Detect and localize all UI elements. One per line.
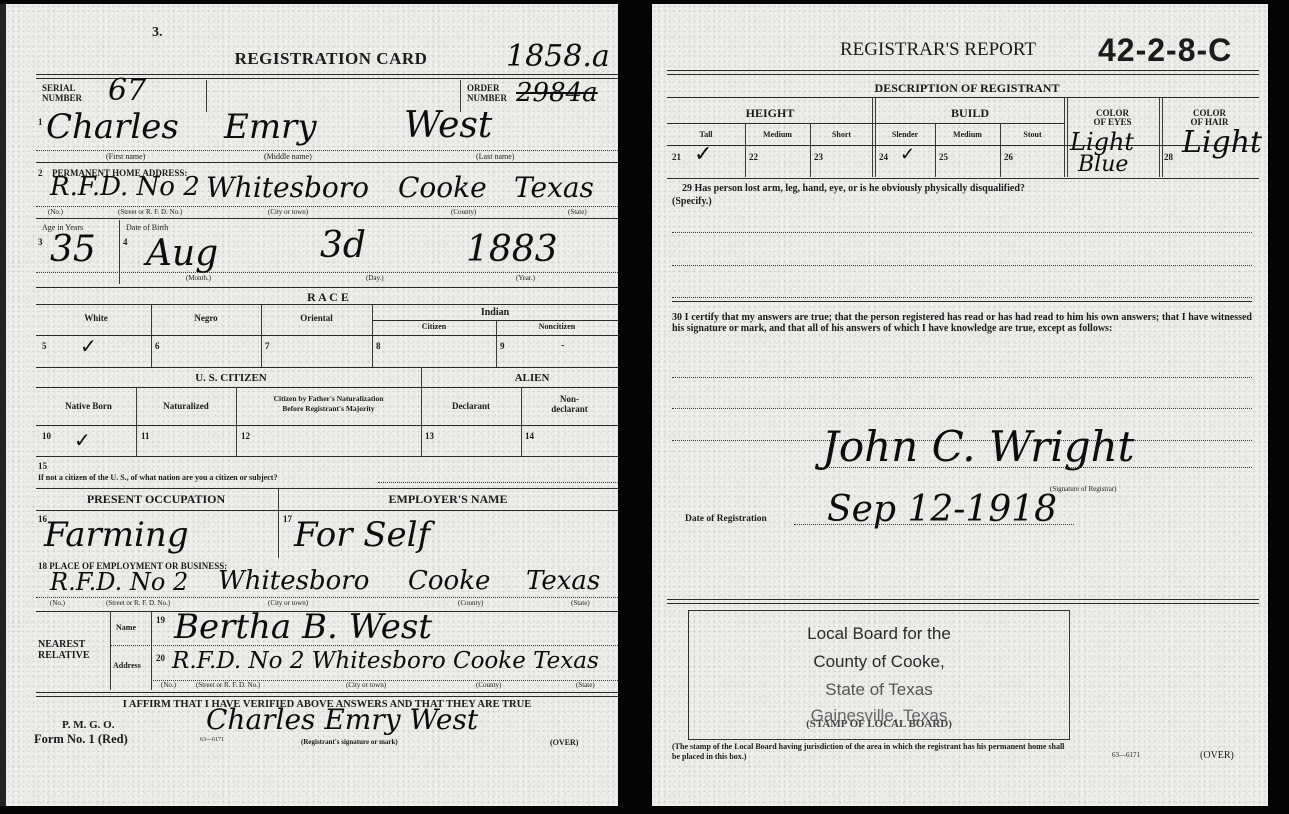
registration-date-label: Date of Registration (685, 515, 767, 525)
street-label: (Street or R. F. D. No.) (118, 209, 182, 216)
check-mark-native-born: ✓ (74, 430, 91, 450)
relative-address-label: Address (113, 662, 141, 670)
divider (206, 80, 207, 112)
divider (36, 488, 618, 489)
divider (421, 367, 422, 456)
field-number: 22 (749, 153, 758, 162)
field-number: 14 (525, 432, 534, 441)
divider (667, 178, 1259, 179)
divider (36, 692, 618, 697)
registrars-report-back: REGISTRAR'S REPORT 42-2-8-C DESCRIPTION … (652, 4, 1268, 806)
divider (36, 387, 618, 388)
middle-name-label: (Middle name) (264, 153, 312, 161)
local-board-stamp-box: Local Board for the County of Cooke, Sta… (688, 610, 1070, 740)
month-label: (Month.) (186, 275, 211, 282)
order-label: ORDER (467, 84, 500, 93)
divider (378, 482, 618, 483)
registrar-signature-label: (Signature of Registrar) (1050, 486, 1116, 493)
divider (667, 145, 1259, 146)
divider (36, 162, 618, 163)
check-mark-slender: ✓ (900, 146, 915, 164)
nondeclarant-label: Non- (521, 395, 618, 404)
employment-address-state: Texas (526, 568, 600, 594)
no-label: (No.) (161, 682, 176, 689)
city-label: (City or town) (346, 682, 386, 689)
no-label: (No.) (50, 600, 65, 607)
relative-address: R.F.D. No 2 Whitesboro Cooke Texas (172, 650, 599, 673)
field-number: 21 (672, 153, 681, 162)
report-number: 42-2-8-C (1098, 34, 1232, 66)
nondeclarant-label: declarant (521, 405, 618, 414)
declarant-label: Declarant (421, 402, 521, 411)
pmgo-label: P. M. G. O. (62, 720, 114, 731)
age-value: 35 (50, 232, 96, 268)
dob-month: Aug (146, 236, 218, 272)
eye-color-value: Blue (1078, 154, 1128, 176)
card-title: REGISTRATION CARD (196, 50, 466, 67)
divider (521, 387, 522, 456)
employment-address-county: Cooke (408, 568, 490, 594)
divider (672, 301, 1252, 302)
field-number: 28 (1164, 153, 1173, 162)
county-label: (County) (458, 600, 483, 607)
stamp-line: County of Cooke, (689, 653, 1069, 670)
registration-date-value: Sep 12-1918 (827, 492, 1057, 528)
employment-address-city: Whitesboro (218, 568, 369, 594)
fathers-naturalization-label: Citizen by Father's Naturalization (236, 395, 421, 403)
height-tall: Tall (667, 131, 745, 139)
fathers-naturalization-label: Before Registrant's Majority (236, 405, 421, 413)
occupation-value: Farming (44, 518, 189, 552)
employer-header: EMPLOYER'S NAME (278, 493, 618, 505)
race-oriental: Oriental (261, 314, 372, 323)
build-stout: Stout (1000, 131, 1065, 139)
signature-line (820, 467, 1252, 468)
field-number: 4 (123, 238, 128, 247)
dob-label: Date of Birth (126, 224, 168, 232)
over-label: (OVER) (1200, 751, 1234, 761)
home-address-no: R.F.D. No 2 (50, 174, 200, 200)
field-number: 3 (38, 238, 43, 247)
stamp-line: Local Board for the (689, 625, 1069, 642)
relative-name: Bertha B. West (174, 610, 432, 644)
build-title: BUILD (875, 107, 1065, 119)
street-label: (Street or R. F. D. No.) (196, 682, 260, 689)
stamp-caption: (The stamp of the Local Board having jur… (672, 742, 1072, 762)
eye-color-value: Light (1070, 130, 1134, 154)
field-number: 10 (42, 432, 51, 441)
card-number: 1858.a (506, 42, 610, 72)
build-medium: Medium (935, 131, 1000, 139)
divider (36, 272, 618, 273)
over-label: (OVER) (550, 739, 578, 747)
county-label: (County) (476, 682, 501, 689)
answer-line (672, 408, 1252, 409)
divider (496, 320, 497, 367)
divider (278, 488, 279, 558)
divider (36, 425, 618, 426)
certification-text: 30 I certify that my answers are true; t… (672, 312, 1252, 334)
divider (667, 70, 1259, 75)
divider (36, 287, 618, 288)
description-title: DESCRIPTION OF REGISTRANT (822, 82, 1112, 94)
height-short: Short (810, 131, 873, 139)
race-title: R A C E (268, 291, 388, 303)
state-label: (State) (571, 600, 590, 607)
hair-color-value: Light (1182, 128, 1262, 158)
home-address-city: Whitesboro (206, 174, 369, 202)
dob-year: 1883 (466, 232, 558, 268)
noncitizen-mark: - (561, 341, 564, 351)
disability-question: 29 Has person lost arm, leg, hand, eye, … (682, 184, 1025, 194)
stamp-line: State of Texas (689, 681, 1069, 698)
serial-number: 67 (108, 76, 146, 106)
employment-address-no: R.F.D. No 2 (50, 570, 188, 594)
field-number: 17 (283, 515, 292, 524)
registration-card-front: 3. REGISTRATION CARD 1858.a SERIAL NUMBE… (0, 4, 618, 806)
answer-line (672, 377, 1252, 378)
build-slender: Slender (875, 131, 935, 139)
race-indian-citizen: Citizen (372, 323, 496, 331)
field-number: 24 (879, 153, 888, 162)
divider (36, 367, 618, 368)
divider (36, 150, 618, 151)
divider (667, 123, 1065, 124)
report-title: REGISTRAR'S REPORT (840, 40, 1036, 59)
answer-line (672, 232, 1252, 233)
height-medium: Medium (745, 131, 810, 139)
field-number: 5 (42, 342, 47, 351)
state-label: (State) (576, 682, 595, 689)
divider (1159, 97, 1163, 177)
field-number: 9 (500, 342, 505, 351)
employer-value: For Self (294, 518, 430, 552)
field-number: 6 (155, 342, 160, 351)
race-indian-noncitizen: Noncitizen (496, 323, 618, 331)
middle-name: Emry (224, 110, 317, 144)
divider (36, 510, 618, 511)
divider (1000, 123, 1001, 177)
divider (667, 599, 1259, 604)
native-born-label: Native Born (41, 402, 136, 411)
divider (36, 218, 618, 219)
field-number: 13 (425, 432, 434, 441)
street-label: (Street or R. F. D. No.) (106, 600, 170, 607)
city-label: (City or town) (268, 209, 308, 216)
us-citizen-title: U. S. CITIZEN (136, 373, 326, 384)
stamp-label: (STAMP OF LOCAL BOARD) (689, 719, 1069, 730)
no-label: (No.) (48, 209, 63, 216)
serial-label: SERIAL (42, 84, 76, 93)
registrar-signature: John C. Wright (822, 426, 1135, 468)
print-code: 63—6171 (200, 737, 224, 743)
serial-label: NUMBER (42, 94, 82, 103)
last-name-label: (Last name) (476, 153, 514, 161)
divider (36, 304, 618, 305)
field-number: 12 (241, 432, 250, 441)
field-number: 8 (376, 342, 381, 351)
eye-color-title: OF EYES (1065, 118, 1160, 127)
divider (36, 597, 618, 598)
divider (935, 123, 936, 177)
occupation-header: PRESENT OCCUPATION (46, 493, 266, 505)
divider (151, 612, 152, 690)
home-address-state: Texas (514, 174, 594, 202)
alien-title: ALIEN (482, 373, 582, 384)
nearest-relative-label: NEAREST (38, 640, 85, 650)
race-white: White (41, 314, 151, 323)
height-title: HEIGHT (667, 107, 873, 119)
first-name: Charles (46, 110, 179, 144)
divider (136, 387, 137, 456)
disability-specify: (Specify.) (672, 197, 712, 207)
divider (810, 123, 811, 177)
last-name: West (404, 108, 492, 144)
divider (36, 206, 618, 207)
field-number: 20 (156, 654, 165, 663)
field-number: 15 (38, 462, 47, 471)
first-name-label: (First name) (106, 153, 145, 161)
state-label: (State) (568, 209, 587, 216)
field-number: 26 (1004, 153, 1013, 162)
county-label: (County) (451, 209, 476, 216)
field-number: 7 (265, 342, 270, 351)
field-number: 1 (38, 118, 43, 127)
form-number: Form No. 1 (Red) (34, 733, 128, 746)
dob-day: 3d (320, 228, 366, 264)
divider (110, 612, 111, 690)
nationality-question: If not a citizen of the U. S., of what n… (38, 474, 277, 482)
field-number: 19 (156, 616, 165, 625)
race-negro: Negro (151, 314, 261, 323)
order-label: NUMBER (467, 94, 507, 103)
order-number: 2984a (516, 80, 598, 106)
divider (119, 220, 120, 284)
answer-line (672, 297, 1252, 298)
divider (745, 123, 746, 177)
year-label: (Year.) (516, 275, 535, 282)
race-indian: Indian (372, 308, 618, 318)
check-mark-tall: ✓ (694, 144, 712, 166)
naturalized-label: Naturalized (136, 402, 236, 411)
city-label: (City or town) (268, 600, 308, 607)
relative-name-label: Name (116, 624, 136, 632)
answer-line (672, 265, 1252, 266)
divider (36, 335, 618, 336)
field-number: 2 (38, 169, 43, 178)
signature-label: (Registrant's signature or mark) (301, 739, 398, 746)
field-number: 11 (141, 432, 150, 441)
divider (372, 320, 618, 321)
print-code: 63—6171 (1112, 752, 1140, 759)
divider (667, 97, 1259, 98)
check-mark-white: ✓ (80, 336, 97, 356)
field-number: 25 (939, 153, 948, 162)
divider (236, 387, 237, 456)
stamp-mark: 3. (152, 26, 163, 40)
divider (36, 456, 618, 457)
field-number: 23 (814, 153, 823, 162)
day-label: (Day.) (366, 275, 384, 282)
registrant-signature: Charles Emry West (206, 706, 478, 734)
nearest-relative-label: RELATIVE (38, 651, 90, 661)
home-address-county: Cooke (398, 174, 487, 202)
